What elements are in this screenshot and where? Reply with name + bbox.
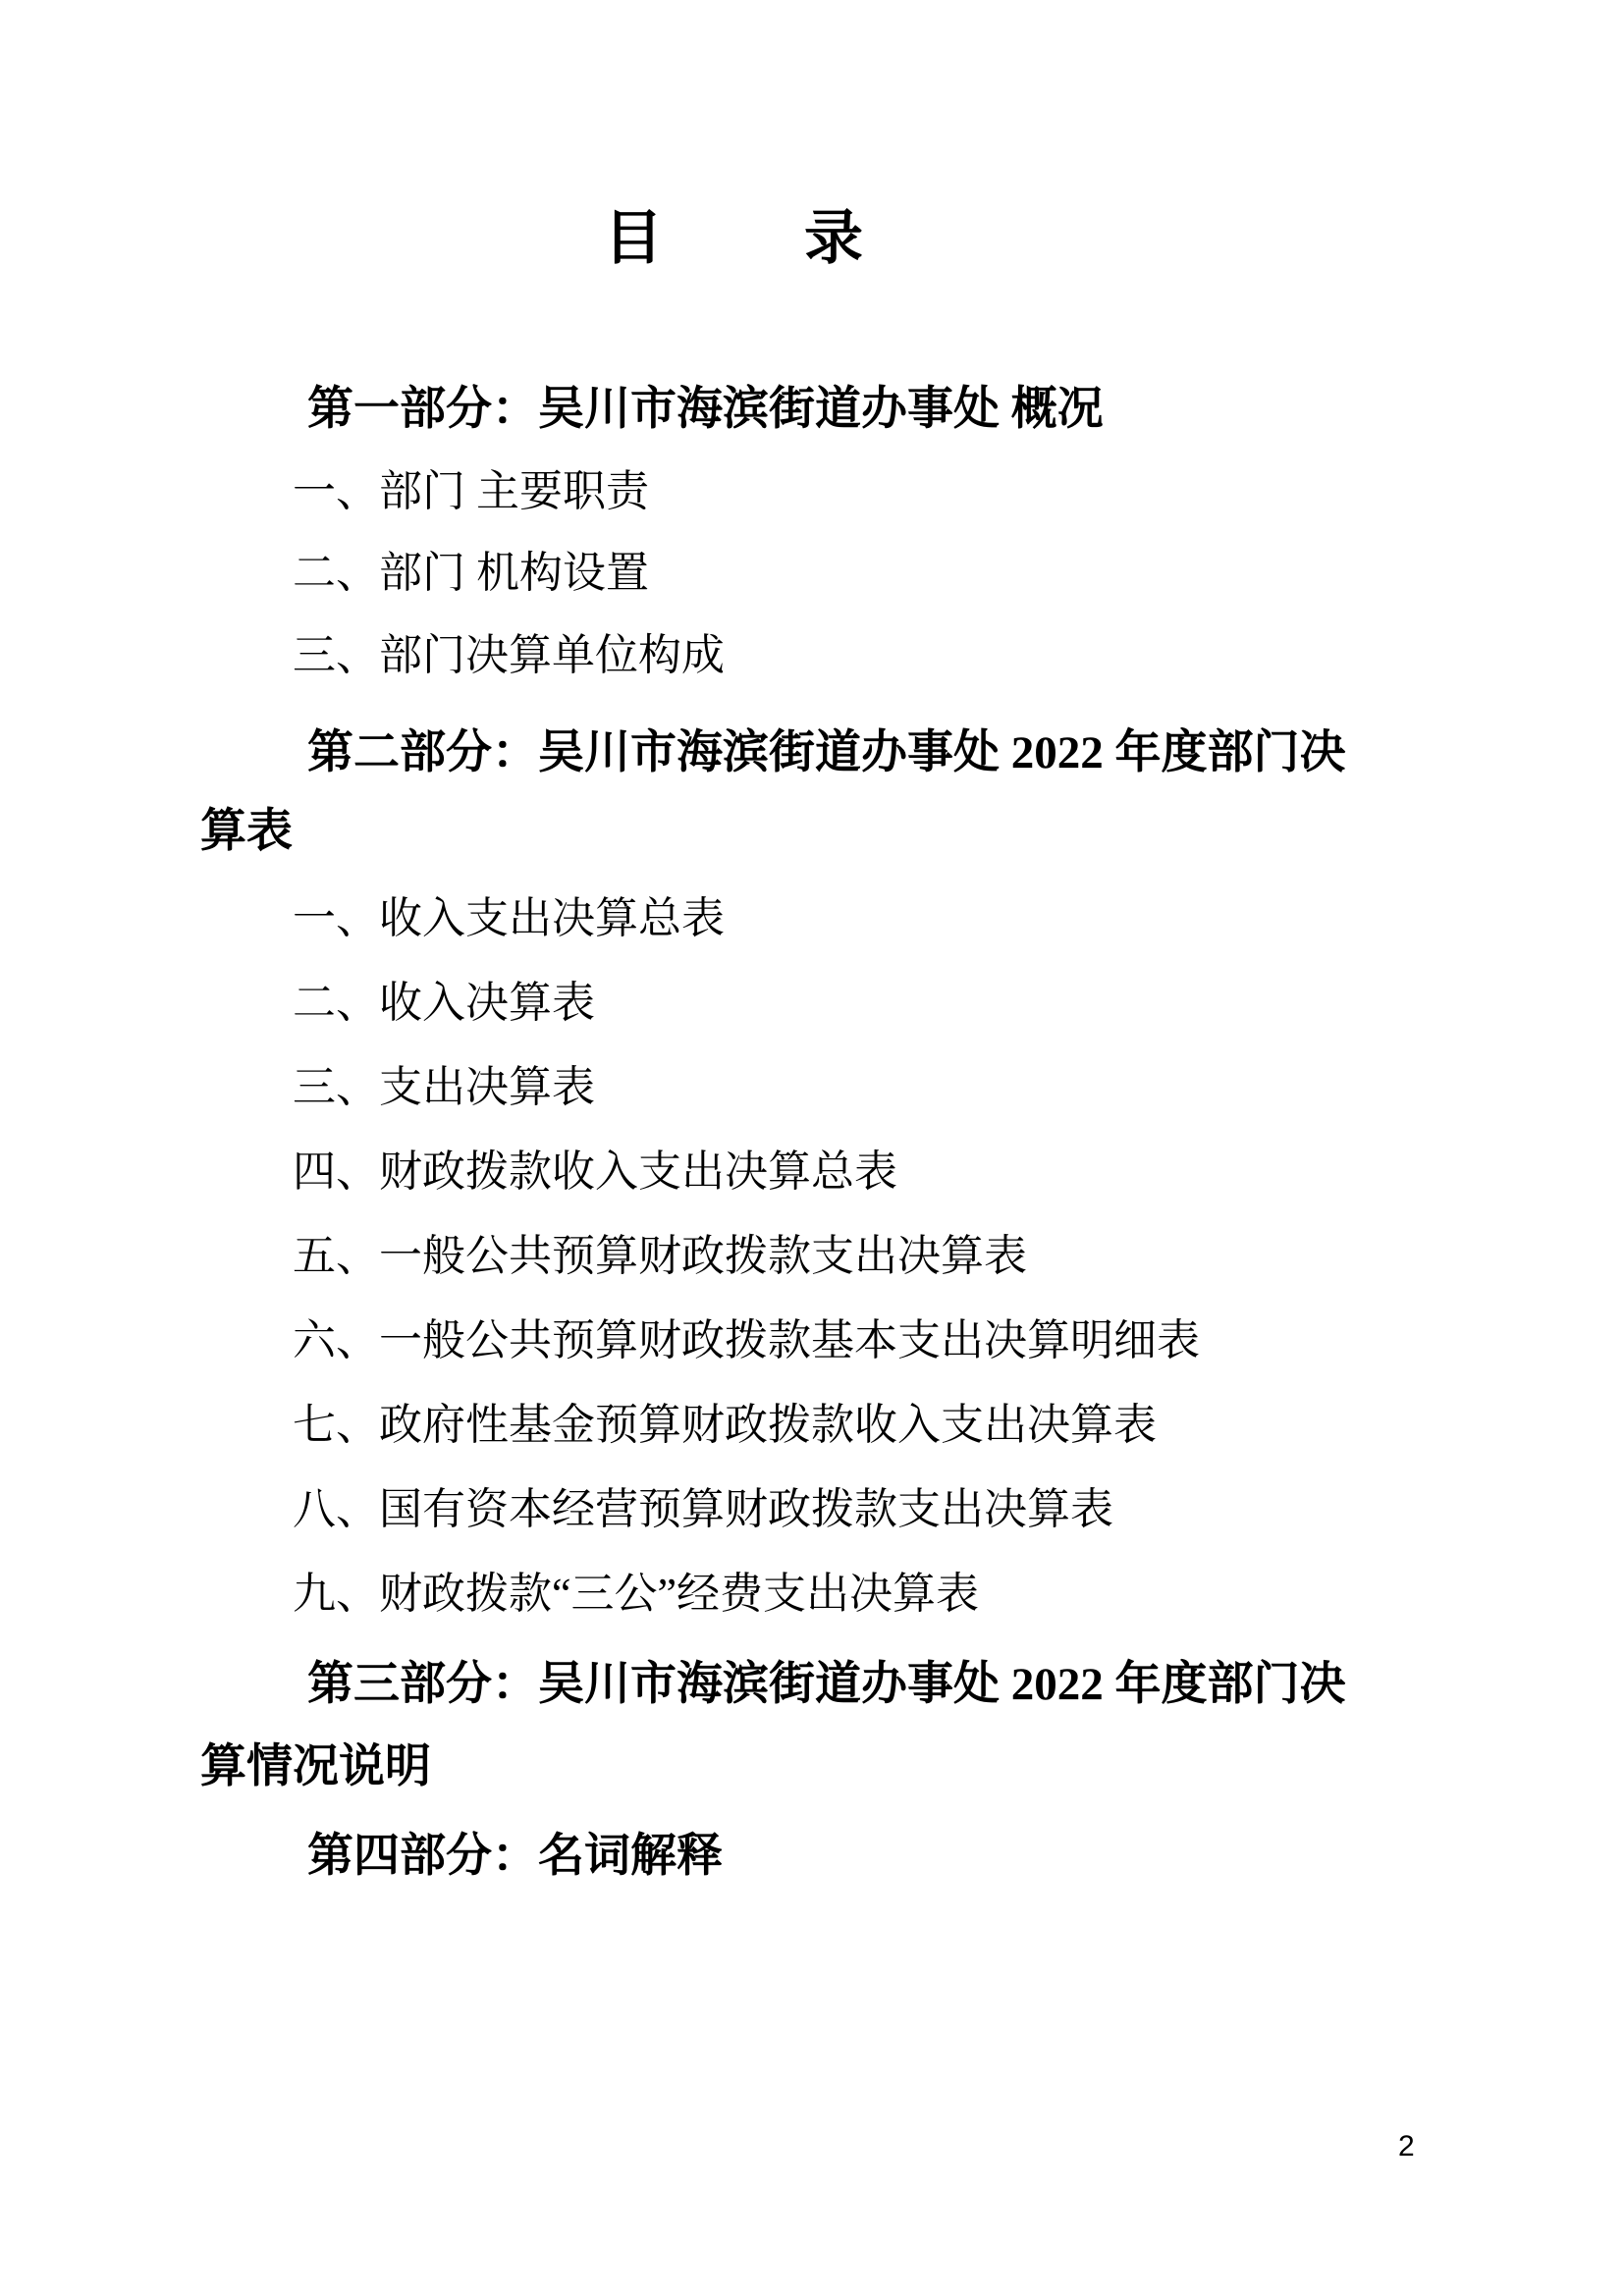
part4-heading: 第四部分：名词解释	[307, 1834, 723, 1880]
part2-item-9: 九、财政拨款“三公”经费支出决算表	[293, 1573, 979, 1616]
part1-heading: 第一部分：吴川市海滨街道办事处 概况	[307, 387, 1104, 433]
part2-item-6: 六、一般公共预算财政拨款基本支出决算明细表	[293, 1319, 1200, 1362]
part2-item-8: 八、国有资本经营预算财政拨款支出决算表	[293, 1488, 1113, 1531]
part2-item-2: 二、收入决算表	[293, 982, 595, 1025]
part1-item-3: 三、部门决算单位构成	[293, 634, 725, 677]
part2-heading-line2: 算表	[200, 809, 293, 855]
part2-heading-line1: 第二部分：吴川市海滨街道办事处 2022 年度部门决	[307, 730, 1346, 776]
part2-item-3: 三、支出决算表	[293, 1066, 595, 1109]
part1-item-1: 一、部门 主要职责	[293, 470, 649, 513]
document-page: 目 录 第一部分：吴川市海滨街道办事处 概况 一、部门 主要职责 二、部门 机构…	[0, 0, 1624, 2296]
toc-title: 目 录	[604, 209, 871, 268]
part2-item-5: 五、一般公共预算财政拨款支出决算表	[293, 1235, 1027, 1278]
part3-heading-line1: 第三部分：吴川市海滨街道办事处 2022 年度部门决	[307, 1662, 1346, 1708]
part2-item-7: 七、政府性基金预算财政拨款收入支出决算表	[293, 1404, 1157, 1447]
page-number: 2	[1398, 2132, 1415, 2162]
part1-item-2: 二、部门 机构设置	[293, 552, 649, 595]
part3-heading-line2: 算情况说明	[200, 1744, 431, 1790]
part2-item-4: 四、财政拨款收入支出决算总表	[293, 1150, 897, 1194]
part2-item-1: 一、收入支出决算总表	[293, 897, 725, 940]
